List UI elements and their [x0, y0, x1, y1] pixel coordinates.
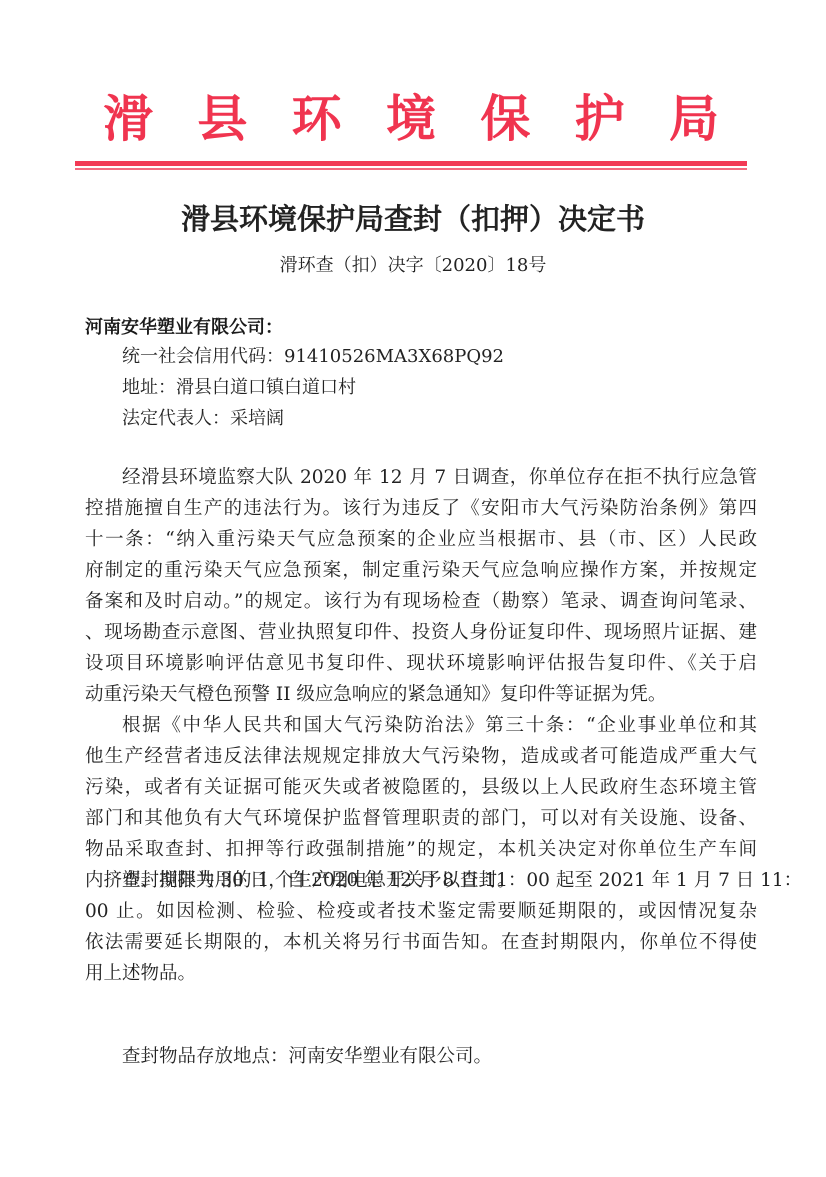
- letterhead-organization: 滑 县 环 境 保 护 局: [75, 84, 747, 154]
- paragraph-line: 设项目环境影响评估意见书复印件、现状环境影响评估报告复印件、《关于启: [85, 648, 757, 679]
- storage-location: 查封物品存放地点：河南安华塑业有限公司。: [85, 1041, 757, 1072]
- paragraph-line: 用上述物品。: [85, 958, 757, 989]
- paragraph-line: 府制定的重污染天气应急预案，制定重污染天气应急响应操作方案，并按规定: [85, 555, 757, 586]
- letterhead-char: 保: [480, 94, 530, 144]
- paragraph-line: 查封期限为 30 日，自 2020 年 12 月 8 日 11：00 起至 20…: [85, 865, 757, 896]
- letterhead-char: 环: [292, 94, 342, 144]
- paragraph-line: 00 止。如因检测、检验、检疫或者技术鉴定需要顺延期限的，或因情况复杂: [85, 896, 757, 927]
- document-number: 滑环查（扣）决字〔2020〕18号: [0, 251, 826, 277]
- paragraph-line: 、现场勘查示意图、营业执照复印件、投资人身份证复印件、现场照片证据、建: [85, 617, 757, 648]
- address: 地址：滑县白道口镇白道口村: [122, 373, 356, 399]
- paragraph-storage-location: 查封物品存放地点：河南安华塑业有限公司。: [85, 1041, 757, 1072]
- letterhead-char: 滑: [103, 94, 153, 144]
- paragraph-line: 依法需要延长期限的，本机关将另行书面告知。在查封期限内，你单位不得使: [85, 927, 757, 958]
- letterhead-rule-thick: [75, 161, 747, 166]
- paragraph-line: 部门和其他负有大气环境保护监督管理职责的部门，可以对有关设施、设备、: [85, 803, 757, 834]
- recipient-name: 河南安华塑业有限公司：: [85, 313, 283, 339]
- letterhead-rule-thin: [75, 168, 747, 170]
- paragraph-line: 物品采取查封、扣押等行政强制措施”的规定，本机关决定对你单位生产车间: [85, 834, 757, 865]
- paragraph-line: 十一条：“纳入重污染天气应急预案的企业应当根据市、县（市、区）人民政: [85, 524, 757, 555]
- paragraph-investigation: 经滑县环境监察大队 2020 年 12 月 7 日调查，你单位存在拒不执行应急管…: [85, 462, 757, 710]
- credit-code: 统一社会信用代码：91410526MA3X68PQ92: [122, 342, 504, 368]
- letterhead-char: 境: [386, 94, 436, 144]
- letterhead-char: 县: [197, 94, 247, 144]
- paragraph-line: 备案和及时启动。”的规定。该行为有现场检查（勘察）笔录、调查询问笔录、: [85, 586, 757, 617]
- paragraph-line: 动重污染天气橙色预警 II 级应急响应的紧急通知》复印件等证据为凭。: [85, 679, 757, 710]
- paragraph-line: 他生产经营者违反法律法规规定排放大气污染物，造成或者可能造成严重大气: [85, 741, 757, 772]
- letterhead-char: 局: [669, 94, 719, 144]
- paragraph-line: 经滑县环境监察大队 2020 年 12 月 7 日调查，你单位存在拒不执行应急管: [85, 462, 757, 493]
- paragraph-line: 根据《中华人民共和国大气污染防治法》第三十条：“企业事业单位和其: [85, 710, 757, 741]
- legal-representative: 法定代表人：采培阔: [122, 404, 284, 430]
- document-title: 滑县环境保护局查封（扣押）决定书: [0, 197, 826, 238]
- paragraph-line: 污染，或者有关证据可能灭失或者被隐匿的，县级以上人民政府生态环境主管: [85, 772, 757, 803]
- paragraph-line: 控措施擅自生产的违法行为。该行为违反了《安阳市大气污染防治条例》第四: [85, 493, 757, 524]
- letterhead-char: 护: [575, 94, 625, 144]
- paragraph-seal-period: 查封期限为 30 日，自 2020 年 12 月 8 日 11：00 起至 20…: [85, 865, 757, 989]
